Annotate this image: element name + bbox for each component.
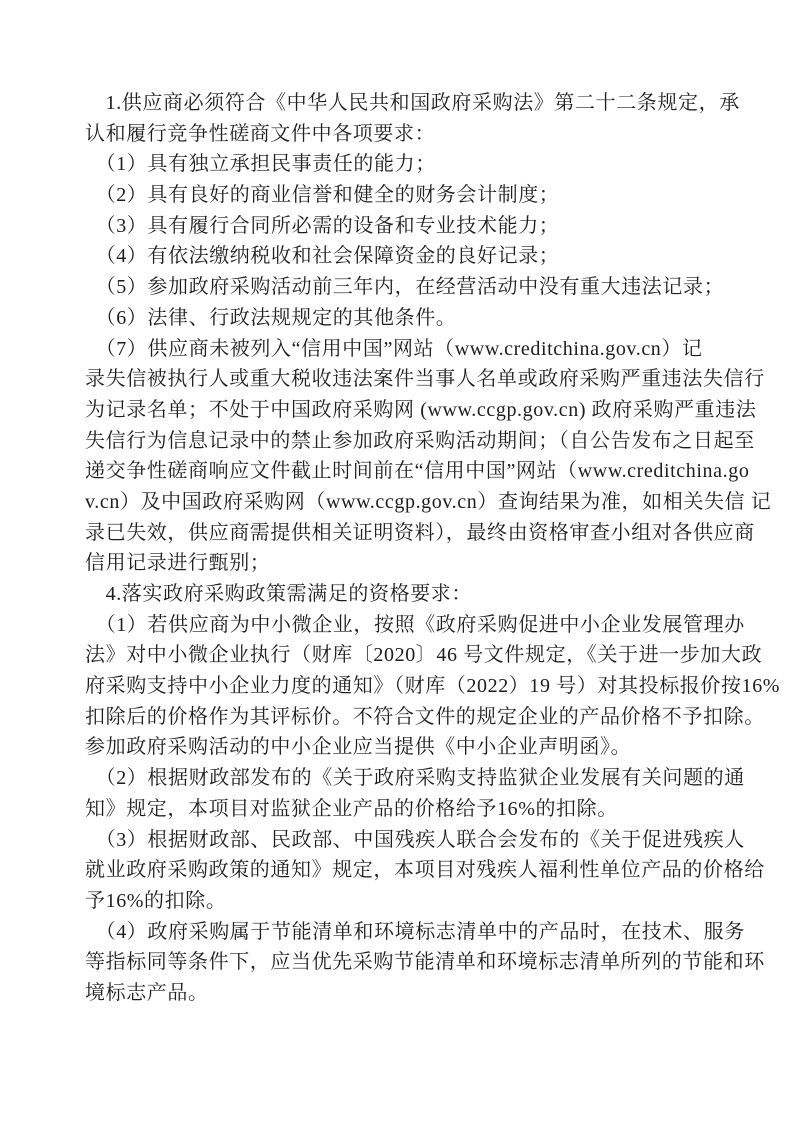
text-line: 4.落实政府采购政策需满足的资格要求： [85, 579, 730, 610]
text-line: 信用记录进行甄别； [85, 548, 730, 579]
paragraph: （2）具有良好的商业信誉和健全的财务会计制度； [85, 180, 730, 211]
text-line: 就业政府采购政策的通知》规定，本项目对残疾人福利性单位产品的价格给 [85, 855, 730, 886]
document-page: 1.供应商必须符合《中华人民共和国政府采购法》第二十二条规定，承认和履行竞争性磋… [0, 0, 793, 1122]
text-line: v.cn）及中国政府采购网（www.ccgp.gov.cn）查询结果为准，如相关… [85, 487, 730, 518]
text-line: 录失信被执行人或重大税收违法案件当事人名单或政府采购严重违法失信行 [85, 364, 730, 395]
text-line: （2）根据财政部发布的《关于政府采购支持监狱企业发展有关问题的通 [85, 763, 730, 794]
text-line: （2）具有良好的商业信誉和健全的财务会计制度； [85, 180, 730, 211]
paragraph: （2）根据财政部发布的《关于政府采购支持监狱企业发展有关问题的通知》规定，本项目… [85, 763, 730, 824]
text-line: 予16%的扣除。 [85, 886, 730, 917]
text-line: （1）若供应商为中小微企业，按照《政府采购促进中小企业发展管理办 [85, 610, 730, 641]
text-line: 认和履行竞争性磋商文件中各项要求： [85, 119, 730, 150]
paragraph: 4.落实政府采购政策需满足的资格要求： [85, 579, 730, 610]
paragraph: （7）供应商未被列入“信用中国”网站（www.creditchina.gov.c… [85, 334, 730, 580]
text-line: 府采购支持中小企业力度的通知》（财库（2022）19 号）对其投标报价按16% [85, 671, 730, 702]
paragraph: （6）法律、行政法规规定的其他条件。 [85, 303, 730, 334]
paragraph: （4）有依法缴纳税收和社会保障资金的良好记录； [85, 241, 730, 272]
text-line: （1）具有独立承担民事责任的能力； [85, 149, 730, 180]
paragraph: （1）具有独立承担民事责任的能力； [85, 149, 730, 180]
text-line: 等指标同等条件下，应当优先采购节能清单和环境标志清单所列的节能和环 [85, 947, 730, 978]
text-line: （3）根据财政部、民政部、中国残疾人联合会发布的《关于促进残疾人 [85, 825, 730, 856]
text-line: 1.供应商必须符合《中华人民共和国政府采购法》第二十二条规定，承 [85, 88, 730, 119]
text-line: 为记录名单；不处于中国政府采购网 (www.ccgp.gov.cn) 政府采购严… [85, 395, 730, 426]
text-line: 法》对中小微企业执行（财库〔2020〕46 号文件规定，《关于进一步加大政 [85, 640, 730, 671]
text-line: 扣除后的价格作为其评标价。不符合文件的规定企业的产品价格不予扣除。 [85, 702, 730, 733]
text-line: 参加政府采购活动的中小企业应当提供《中小企业声明函》。 [85, 732, 730, 763]
paragraph: 1.供应商必须符合《中华人民共和国政府采购法》第二十二条规定，承认和履行竞争性磋… [85, 88, 730, 149]
text-line: 递交争性磋商响应文件截止时间前在“信用中国”网站（www.creditchina… [85, 456, 730, 487]
paragraph: （4）政府采购属于节能清单和环境标志清单中的产品时，在技术、服务等指标同等条件下… [85, 917, 730, 1009]
text-line: 失信行为信息记录中的禁止参加政府采购活动期间；（自公告发布之日起至 [85, 426, 730, 457]
text-line: （3）具有履行合同所必需的设备和专业技术能力； [85, 211, 730, 242]
text-line: （4）政府采购属于节能清单和环境标志清单中的产品时，在技术、服务 [85, 917, 730, 948]
text-line: 境标志产品。 [85, 978, 730, 1009]
text-line: 录已失效，供应商需提供相关证明资料），最终由资格审查小组对各供应商 [85, 518, 730, 549]
document-content: 1.供应商必须符合《中华人民共和国政府采购法》第二十二条规定，承认和履行竞争性磋… [85, 88, 730, 1009]
text-line: （5）参加政府采购活动前三年内，在经营活动中没有重大违法记录； [85, 272, 730, 303]
text-line: （4）有依法缴纳税收和社会保障资金的良好记录； [85, 241, 730, 272]
paragraph: （3）根据财政部、民政部、中国残疾人联合会发布的《关于促进残疾人就业政府采购政策… [85, 825, 730, 917]
text-line: 知》规定，本项目对监狱企业产品的价格给予16%的扣除。 [85, 794, 730, 825]
paragraph: （1）若供应商为中小微企业，按照《政府采购促进中小企业发展管理办法》对中小微企业… [85, 610, 730, 763]
text-line: （7）供应商未被列入“信用中国”网站（www.creditchina.gov.c… [85, 334, 730, 365]
text-line: （6）法律、行政法规规定的其他条件。 [85, 303, 730, 334]
paragraph: （3）具有履行合同所必需的设备和专业技术能力； [85, 211, 730, 242]
paragraph: （5）参加政府采购活动前三年内，在经营活动中没有重大违法记录； [85, 272, 730, 303]
